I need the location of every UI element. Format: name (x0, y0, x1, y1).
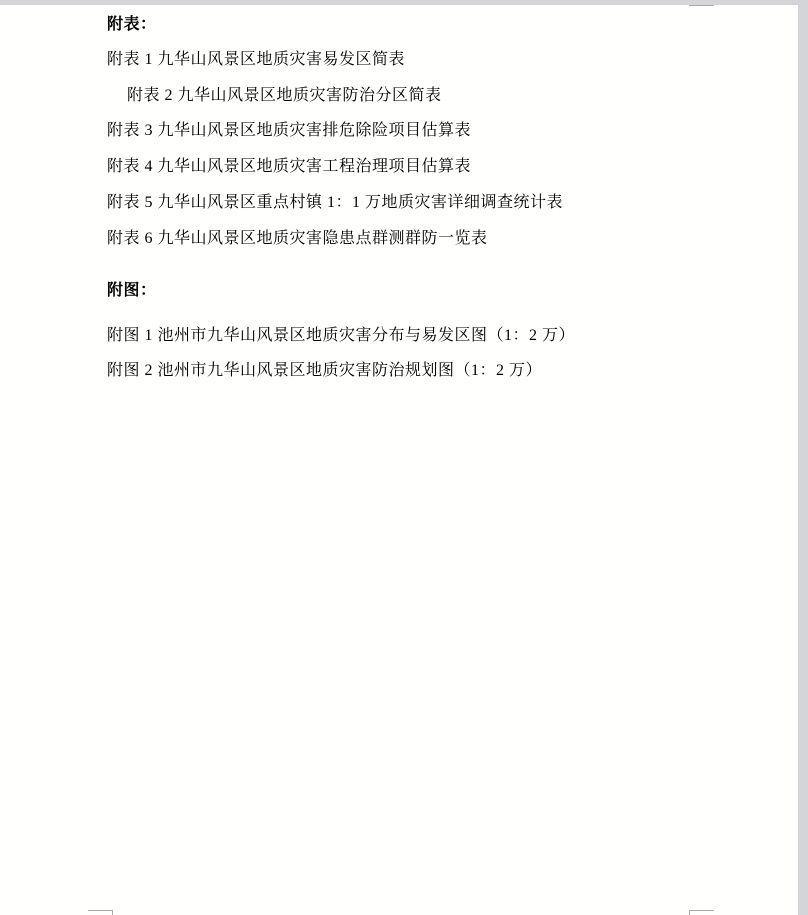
attached-table-item-3: 附表 3 九华山风景区地质灾害排危除险项目估算表 (107, 122, 471, 139)
crop-mark-bottom-right-h (689, 910, 714, 911)
crop-mark-bottom-left-h (88, 910, 113, 911)
attached-figure-item-1: 附图 1 池州市九华山风景区地质灾害分布与易发区图（1：2 万） (107, 327, 575, 344)
attached-tables-heading: 附表： (107, 16, 157, 33)
attached-table-item-6: 附表 6 九华山风景区地质灾害隐患点群测群防一览表 (107, 230, 488, 247)
attached-figure-item-2: 附图 2 池州市九华山风景区地质灾害防治规划图（1：2 万） (107, 362, 542, 379)
attached-table-item-1: 附表 1 九华山风景区地质灾害易发区简表 (107, 51, 405, 68)
attached-table-item-4: 附表 4 九华山风景区地质灾害工程治理项目估算表 (107, 158, 471, 175)
crop-mark-top-right-h (689, 5, 714, 6)
workspace-background-right (798, 0, 808, 915)
attached-table-item-2: 附表 2 九华山风景区地质灾害防治分区简表 (127, 87, 442, 104)
crop-mark-bottom-right-v (689, 910, 690, 915)
document-page: 附表： 附表 1 九华山风景区地质灾害易发区简表 附表 2 九华山风景区地质灾害… (0, 5, 798, 915)
crop-mark-bottom-left-v (112, 910, 113, 915)
attached-table-item-5: 附表 5 九华山风景区重点村镇 1：1 万地质灾害详细调查统计表 (107, 194, 563, 211)
workspace-background-top (0, 0, 808, 5)
attached-figures-heading: 附图： (107, 282, 157, 299)
